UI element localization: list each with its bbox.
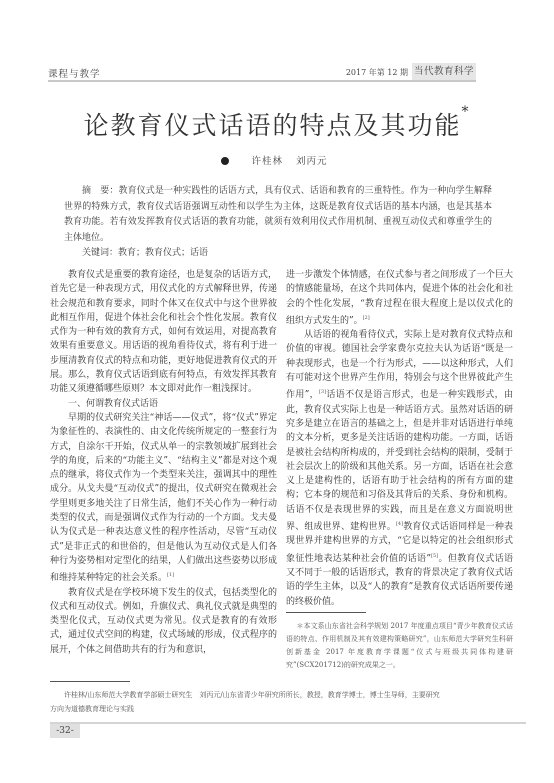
body-column-right: 进一步激发个体情感，在仪式参与者之间形成了一个巨大的情感能量场，在这个共同体内，… xyxy=(286,268,513,609)
paragraph: 早期的仪式研究关注“神话——仪式”，将“仪式”界定为象征性的、表演性的、由文化传… xyxy=(50,411,277,586)
paragraph-text: 早期的仪式研究关注“神话——仪式”，将“仪式”界定为象征性的、表演性的、由文化传… xyxy=(50,413,277,583)
footer-divider xyxy=(50,722,526,724)
abstract-label: 摘 要： xyxy=(82,186,118,196)
keywords-label: 关键词： xyxy=(82,248,118,258)
keywords-text: 教育；教育仪式；话语 xyxy=(118,248,208,258)
citation-ref: [3] xyxy=(319,389,326,395)
article-title: 论教育仪式话语的特点及其功能* xyxy=(0,106,554,142)
abstract-paragraph: 摘 要：教育仪式是一种实践性的话语方式，具有仪式、话语和教育的三重特性。作为一种… xyxy=(64,184,492,246)
citation-ref: [4] xyxy=(396,521,403,527)
author-2: 刘丙元 xyxy=(296,156,328,167)
title-text: 论教育仪式话语的特点及其功能 xyxy=(83,111,461,140)
author-footnote-line: 方向为道德教育理论与实践 xyxy=(50,702,510,716)
abstract-block: 摘 要：教育仪式是一种实践性的话语方式，具有仪式、话语和教育的三重特性。作为一种… xyxy=(64,184,492,262)
citation-ref: [1] xyxy=(167,572,174,578)
paragraph-text: 进一步激发个体情感，在仪式参与者之间形成了一个巨大的情感能量场，在这个共同体内，… xyxy=(286,270,513,326)
abstract-text: 教育仪式是一种实践性的话语方式，具有仪式、话语和教育的三重特性。作为一种向学生解… xyxy=(64,186,492,243)
title-footnote-mark: * xyxy=(462,104,471,120)
citation-ref: [2] xyxy=(363,315,370,321)
author-1: 许桂林 xyxy=(251,156,283,167)
header-divider xyxy=(48,80,476,82)
bullet-icon xyxy=(221,157,229,165)
issue-label: 2017 年第 12 期 xyxy=(346,67,408,78)
paragraph: 教育仪式是在学校环境下发生的仪式，包括类型化的仪式和互动仪式。例如，升旗仪式、典… xyxy=(50,586,277,657)
author-footnote-line: 许桂林/山东师范大学教育学部硕士研究生 刘丙元/山东省青少年研究所所长，教授，教… xyxy=(50,688,510,702)
paragraph: 从话语的视角看待仪式，实际上是对教育仪式特点和价值的审视。德国社会学家费尔克拉夫… xyxy=(286,328,513,609)
paragraph: 教育仪式是重要的教育途径，也是复杂的话语方式，首先它是一种表现方式，用仪式化的方… xyxy=(50,268,277,397)
author-line: 许桂林 刘丙元 xyxy=(0,153,554,167)
funding-footnote: ＊本文系山东省社会科学规划 2017 年度重点项目“青少年教育仪式话语的特点、作… xyxy=(286,620,513,672)
page-number: -32- xyxy=(50,724,80,738)
paragraph-text: 话语不仅是语言形式，也是一种实践形式，由此，教育仪式实际上也是一种话语方式。虽然… xyxy=(286,390,513,532)
paragraph: 进一步激发个体情感，在仪式参与者之间形成了一个巨大的情感能量场，在这个共同体内，… xyxy=(286,268,513,328)
footnote-divider xyxy=(286,612,366,613)
body-column-left: 教育仪式是重要的教育途径，也是复杂的话语方式，首先它是一种表现方式，用仪式化的方… xyxy=(50,268,277,657)
journal-name: 当代教育科学 xyxy=(412,63,476,80)
section-label: 课程与教学 xyxy=(48,66,101,80)
keywords-line: 关键词：教育；教育仪式；话语 xyxy=(64,246,492,262)
author-footnote: 许桂林/山东师范大学教育学部硕士研究生 刘丙元/山东省青少年研究所所长，教授，教… xyxy=(50,688,510,716)
section-heading: 一、何谓教育仪式话语 xyxy=(50,397,277,411)
footnote-divider xyxy=(50,681,130,682)
